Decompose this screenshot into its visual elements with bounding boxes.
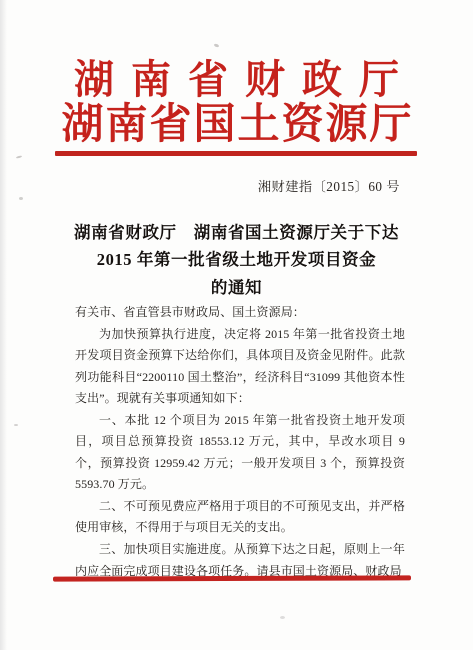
document-page: 湖南省财政厅 湖南省国土资源厅 湘财建指〔2015〕60 号 湖南省财政厅 湖南… (0, 0, 473, 650)
salutation: 有关市、省直管县市财政局、国土资源局： (75, 302, 405, 324)
body-paragraph-item-2: 二、不可预见费应严格用于项目的不可预见支出，并严格使用审核，不得用于与项目无关的… (75, 496, 405, 539)
body-paragraph-item-1: 一、本批 12 个项目为 2015 年第一批省投资土地开发项目，项目总预算投资 … (75, 410, 405, 496)
letterhead-agency-finance: 湖南省财政厅 (0, 58, 473, 102)
document-number: 湘财建指〔2015〕60 号 (258, 178, 400, 196)
scan-artifact (14, 424, 18, 426)
scan-artifact (16, 155, 22, 158)
notice-title: 湖南省财政厅 湖南省国土资源厅关于下达 2015 年第一批省级土地开发项目资金 … (0, 219, 473, 301)
body-paragraph-intro: 为加快预算执行进度，决定将 2015 年第一批省投资土地开发项目资金预算下达给你… (75, 324, 405, 410)
scan-artifact (280, 616, 285, 619)
scan-artifact (19, 197, 23, 200)
scan-artifact (214, 43, 220, 48)
notice-title-line-3: 的通知 (0, 274, 473, 301)
document-body: 有关市、省直管县市财政局、国土资源局： 为加快预算执行进度，决定将 2015 年… (75, 302, 405, 582)
letterhead-divider-rule (55, 151, 417, 156)
notice-title-line-2: 2015 年第一批省级土地开发项目资金 (0, 246, 473, 273)
letterhead-agency-land-resources: 湖南省国土资源厅 (0, 102, 473, 148)
notice-title-line-1: 湖南省财政厅 湖南省国土资源厅关于下达 (0, 219, 473, 246)
